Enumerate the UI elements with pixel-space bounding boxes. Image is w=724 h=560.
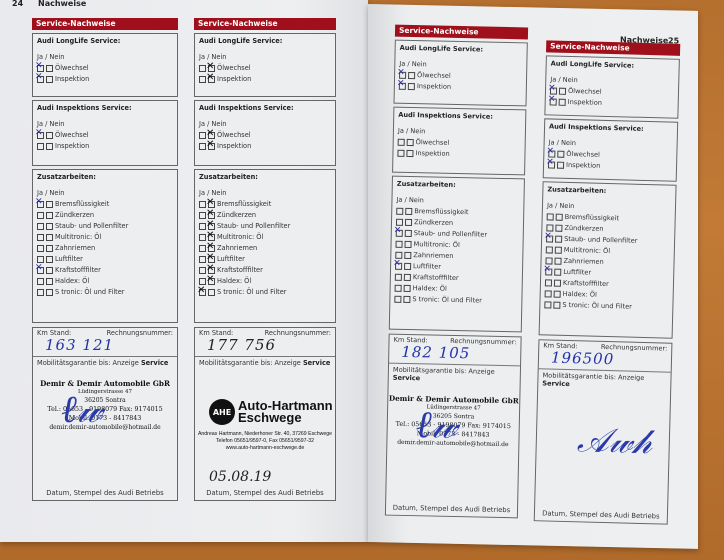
checkbox-ja[interactable] <box>37 76 44 83</box>
checkbox-ja[interactable] <box>395 262 402 269</box>
checkbox-nein[interactable] <box>46 267 53 274</box>
checkbox-ja[interactable] <box>37 278 44 285</box>
checkbox-ja[interactable] <box>199 201 206 208</box>
signature: ℓ𝓌 <box>415 402 458 448</box>
checkbox-nein[interactable] <box>405 229 412 236</box>
item-label: Multitronic: Öl <box>217 233 263 241</box>
stamp-email: demir.demir-automobile@hotmail.de <box>33 424 177 431</box>
checkbox-row: Inspektion <box>199 141 331 152</box>
checkbox-nein[interactable] <box>403 295 410 302</box>
datum-label: Datum, Stempel des Audi Betriebs <box>33 487 177 500</box>
checkbox-nein[interactable] <box>404 240 411 247</box>
longlife-section: Audi LongLife Service: Ja / Nein Ölwechs… <box>544 55 680 118</box>
section-title: Audi LongLife Service: <box>199 37 331 45</box>
checkbox-nein[interactable] <box>559 87 566 94</box>
stamp-name: Demir & Demir Automobile GbR <box>33 379 177 388</box>
ahe-logo-icon: AHE <box>209 399 235 425</box>
checkbox-nein[interactable] <box>407 138 414 145</box>
checkbox-ja[interactable] <box>397 149 404 156</box>
checkbox-row: Staub- und Pollenfilter <box>199 221 331 232</box>
stamp-line2: Telefon 05651/9597-0, Fax 05651/9597-32 <box>195 438 335 444</box>
checkbox-nein[interactable] <box>557 161 564 168</box>
item-label: S tronic: Öl und Filter <box>412 295 482 304</box>
item-label: Zündkerzen <box>414 218 453 227</box>
checkbox-row: S tronic: Öl und Filter <box>394 294 517 308</box>
checkbox-row: Inspektion <box>399 81 522 95</box>
item-label: Luftfilter <box>55 255 83 263</box>
item-label: Kraftstofffilter <box>413 273 459 282</box>
km-stamp-section: Km Stand: Rechnungsnummer: 182 105 Mobil… <box>385 334 522 519</box>
checkbox-ja[interactable] <box>199 256 206 263</box>
checkbox-nein[interactable] <box>208 65 215 72</box>
item-label: Inspektion <box>417 82 451 91</box>
longlife-section: Audi LongLife Service: Ja / Nein Ölwechs… <box>194 33 336 97</box>
item-label: Staub- und Pollenfilter <box>564 235 637 245</box>
item-label: S tronic: Öl und Filter <box>217 288 287 296</box>
checkbox-ja[interactable] <box>546 246 553 253</box>
checkbox-nein[interactable] <box>554 257 561 264</box>
item-label: Staub- und Pollenfilter <box>217 222 290 230</box>
item-label: Ölwechsel <box>566 150 600 159</box>
page-section-left: Nachweise <box>38 0 86 8</box>
item-label: Multitronic: Öl <box>564 246 610 255</box>
checkbox-nein[interactable] <box>46 256 53 263</box>
stamp-area: AHE Auto-HartmannEschwege Andreas Hartma… <box>195 369 335 487</box>
section-title: Audi Inspektions Service: <box>199 104 331 112</box>
checkbox-row: Multitronic: Öl <box>199 232 331 243</box>
item-label: Zahnriemen <box>217 244 257 252</box>
item-label: Multitronic: Öl <box>55 233 101 241</box>
checkbox-ja[interactable] <box>395 240 402 247</box>
checkbox-ja[interactable] <box>37 65 44 72</box>
checkbox-row: Inspektion <box>397 148 520 162</box>
checkbox-ja[interactable] <box>546 235 553 242</box>
item-label: Multitronic: Öl <box>413 240 459 249</box>
page-number-left: 24 <box>12 0 23 8</box>
km-stamp-section: Km Stand: Rechnungsnummer: 163 121 Mobil… <box>32 327 178 501</box>
item-label: Zahnriemen <box>413 251 453 260</box>
checkbox-row: Zündkerzen <box>199 210 331 221</box>
longlife-section: Audi LongLife Service: Ja / Nein Ölwechs… <box>394 40 528 107</box>
checkbox-nein[interactable] <box>208 132 215 139</box>
checkbox-nein[interactable] <box>46 234 53 241</box>
checkbox-nein[interactable] <box>405 207 412 214</box>
checkbox-nein[interactable] <box>208 289 215 296</box>
section-title: Audi Inspektions Service: <box>549 122 673 133</box>
checkbox-nein[interactable] <box>208 278 215 285</box>
item-label: Haldex: Öl <box>563 290 597 299</box>
checkbox-row: Ölwechsel <box>37 63 173 74</box>
checkbox-row: Ölwechsel <box>37 130 173 141</box>
checkbox-row: Zündkerzen <box>37 210 173 221</box>
item-label: Ölwechsel <box>55 64 89 72</box>
checkbox-ja[interactable] <box>199 234 206 241</box>
ja-nein-label: Ja / Nein <box>199 189 331 197</box>
section-title: Audi LongLife Service: <box>551 59 675 70</box>
item-label: Bremsflüssigkeit <box>565 213 619 222</box>
item-label: Luftfilter <box>413 262 441 271</box>
item-label: Zündkerzen <box>217 211 256 219</box>
checkbox-ja[interactable] <box>545 279 552 286</box>
checkbox-row: Kraftstofffilter <box>199 265 331 276</box>
ja-nein-label: Ja / Nein <box>37 120 173 128</box>
section-title: Audi LongLife Service: <box>37 37 173 45</box>
section-title: Zusatzarbeiten: <box>397 180 520 191</box>
checkbox-ja[interactable] <box>199 223 206 230</box>
item-label: S tronic: Öl und Filter <box>562 301 632 311</box>
item-label: Zündkerzen <box>55 211 94 219</box>
item-label: Ölwechsel <box>568 87 602 96</box>
ja-nein-label: Ja / Nein <box>37 189 173 197</box>
checkbox-nein[interactable] <box>408 82 415 89</box>
checkbox-ja[interactable] <box>396 229 403 236</box>
checkbox-nein[interactable] <box>554 279 561 286</box>
service-record-4: Service-Nachweise Audi LongLife Service:… <box>534 40 681 524</box>
checkbox-ja[interactable] <box>199 76 206 83</box>
checkbox-ja[interactable] <box>199 245 206 252</box>
checkbox-nein[interactable] <box>46 201 53 208</box>
checkbox-nein[interactable] <box>208 76 215 83</box>
section-title: Audi Inspektions Service: <box>398 111 521 122</box>
checkbox-row: Kraftstofffilter <box>37 265 173 276</box>
checkbox-nein[interactable] <box>46 278 53 285</box>
inspektion-section: Audi Inspektions Service: Ja / Nein Ölwe… <box>543 118 679 181</box>
item-label: Inspektion <box>415 149 449 158</box>
signature: ℓ𝓌 <box>61 387 103 432</box>
km-stand-value: 163 121 <box>45 336 114 354</box>
inspektion-section: Audi Inspektions Service: Ja / Nein Ölwe… <box>194 100 336 166</box>
stamp-area: Demir & Demir Automobile GbR Lüdingerstr… <box>386 384 519 505</box>
ja-nein-label: Ja / Nein <box>396 196 519 207</box>
ja-nein-label: Ja / Nein <box>398 127 521 138</box>
km-stand-value: 177 756 <box>207 336 276 354</box>
checkbox-nein[interactable] <box>555 246 562 253</box>
stamp-area: 𝒜𝓌𝒽 <box>535 389 670 510</box>
ja-nein-label: Ja / Nein <box>37 53 173 61</box>
item-label: Inspektion <box>566 161 600 170</box>
service-banner: Service-Nachweise <box>546 40 680 56</box>
inspektion-section: Audi Inspektions Service: Ja / Nein Ölwe… <box>32 100 178 166</box>
checkbox-nein[interactable] <box>559 98 566 105</box>
checkbox-nein[interactable] <box>553 301 560 308</box>
checkbox-nein[interactable] <box>555 235 562 242</box>
mobil-service: Service <box>303 359 330 367</box>
checkbox-nein[interactable] <box>208 201 215 208</box>
item-label: Inspektion <box>217 75 251 83</box>
checkbox-row: Inspektion <box>548 159 672 173</box>
checkbox-nein[interactable] <box>46 76 53 83</box>
checkbox-nein[interactable] <box>404 262 411 269</box>
item-label: Haldex: Öl <box>217 277 251 285</box>
longlife-section: Audi LongLife Service: Ja / Nein Ölwechs… <box>32 33 178 97</box>
km-stamp-section: Km Stand: Rechnungsnummer: 196500 Mobili… <box>534 339 673 524</box>
item-label: Ölwechsel <box>417 71 451 80</box>
item-label: Haldex: Öl <box>413 284 447 293</box>
checkbox-nein[interactable] <box>208 143 215 150</box>
checkbox-nein[interactable] <box>557 150 564 157</box>
zusatz-section: Zusatzarbeiten: Ja / Nein Bremsflüssigke… <box>389 176 525 333</box>
checkbox-ja[interactable] <box>37 143 44 150</box>
checkbox-ja[interactable] <box>199 289 206 296</box>
checkbox-nein[interactable] <box>406 149 413 156</box>
checkbox-nein[interactable] <box>46 289 53 296</box>
checkbox-ja[interactable] <box>550 98 557 105</box>
checkbox-ja[interactable] <box>547 213 554 220</box>
checkbox-ja[interactable] <box>37 289 44 296</box>
checkbox-nein[interactable] <box>46 65 53 72</box>
km-stand-value: 182 105 <box>401 343 470 362</box>
mobil-label: Mobilitätsgarantie bis: Anzeige <box>37 359 141 367</box>
datum-label: Datum, Stempel des Audi Betriebs <box>386 502 517 518</box>
checkbox-nein[interactable] <box>404 284 411 291</box>
item-label: Staub- und Pollenfilter <box>414 229 487 239</box>
stamp-tel: Tel.: 05653 - 9198079 Fax: 9174015 <box>33 406 177 413</box>
checkbox-ja[interactable] <box>199 212 206 219</box>
checkbox-row: Inspektion <box>37 141 173 152</box>
checkbox-ja[interactable] <box>37 201 44 208</box>
item-label: S tronic: Öl und Filter <box>55 288 125 296</box>
checkbox-row: Haldex: Öl <box>199 276 331 287</box>
stamp-web: www.auto-hartmann-eschwege.de <box>195 445 335 451</box>
checkbox-row: Inspektion <box>37 74 173 85</box>
ja-nein-label: Ja / Nein <box>399 60 522 71</box>
service-record-2: Service-Nachweise Audi LongLife Service:… <box>194 18 336 501</box>
mobil-service: Service <box>393 374 421 383</box>
checkbox-nein[interactable] <box>46 212 53 219</box>
checkbox-ja[interactable] <box>199 267 206 274</box>
stamp-line1: Andreas Hartmann, Niederhoner Str. 40, 3… <box>195 431 335 437</box>
item-label: Zahnriemen <box>55 244 95 252</box>
item-label: Kraftstofffilter <box>55 266 101 274</box>
section-title: Audi LongLife Service: <box>400 44 523 55</box>
checkbox-row: Inspektion <box>550 96 674 110</box>
checkbox-ja[interactable] <box>396 207 403 214</box>
checkbox-row: Bremsflüssigkeit <box>37 199 173 210</box>
section-title: Audi Inspektions Service: <box>37 104 173 112</box>
section-title: Zusatzarbeiten: <box>199 173 331 181</box>
checkbox-nein[interactable] <box>46 223 53 230</box>
mobil-label: Mobilitätsgarantie bis: Anzeige <box>199 359 303 367</box>
checkbox-ja[interactable] <box>394 295 401 302</box>
ja-nein-label: Ja / Nein <box>199 53 331 61</box>
checkbox-ja[interactable] <box>199 65 206 72</box>
item-label: Ölwechsel <box>217 131 251 139</box>
checkbox-ja[interactable] <box>37 245 44 252</box>
checkbox-nein[interactable] <box>405 218 412 225</box>
section-title: Zusatzarbeiten: <box>37 173 173 181</box>
checkbox-ja[interactable] <box>548 161 555 168</box>
checkbox-row: Luftfilter <box>199 254 331 265</box>
item-label: Ölwechsel <box>55 131 89 139</box>
checkbox-nein[interactable] <box>208 223 215 230</box>
item-label: Inspektion <box>55 142 89 150</box>
stamp-city: 36205 Sontra <box>33 397 177 404</box>
item-label: Bremsflüssigkeit <box>55 200 109 208</box>
km-stamp-section: Km Stand: Rechnungsnummer: 177 756 Mobil… <box>194 327 336 501</box>
zusatz-section: Zusatzarbeiten: Ja / Nein Bremsflüssigke… <box>539 181 677 338</box>
item-label: Ölwechsel <box>416 138 450 147</box>
service-banner: Service-Nachweise <box>395 25 528 40</box>
dealer-stamp: AHE Auto-HartmannEschwege <box>209 399 333 425</box>
checkbox-nein[interactable] <box>208 267 215 274</box>
zusatz-section: Zusatzarbeiten: Ja / Nein Bremsflüssigke… <box>194 169 336 323</box>
checkbox-row: Haldex: Öl <box>37 276 173 287</box>
checkbox-ja[interactable] <box>199 132 206 139</box>
item-label: Bremsflüssigkeit <box>217 200 271 208</box>
mobilitaet-line: Mobilitätsgarantie bis: Anzeige Service <box>389 364 520 387</box>
checkbox-ja[interactable] <box>37 212 44 219</box>
checkbox-nein[interactable] <box>46 245 53 252</box>
checkbox-ja[interactable] <box>545 290 552 297</box>
checkbox-row: Luftfilter <box>37 254 173 265</box>
item-label: Ölwechsel <box>217 64 251 72</box>
stamp-name2: Eschwege <box>238 412 333 424</box>
checkbox-ja[interactable] <box>199 143 206 150</box>
stamp-area: Demir & Demir Automobile GbR Lüdingerstr… <box>33 369 177 487</box>
checkbox-nein[interactable] <box>208 234 215 241</box>
stamp-mobil: Mobil: 0173 - 8417843 <box>33 415 177 422</box>
checkbox-ja[interactable] <box>199 278 206 285</box>
item-label: Inspektion <box>217 142 251 150</box>
stamp-street: Lüdingerstrasse 47 <box>33 389 177 395</box>
checkbox-row: Inspektion <box>199 74 331 85</box>
checkbox-ja[interactable] <box>37 223 44 230</box>
checkbox-ja[interactable] <box>37 234 44 241</box>
item-label: Kraftstofffilter <box>563 279 609 288</box>
checkbox-ja[interactable] <box>395 284 402 291</box>
service-record-3: Service-Nachweise Audi LongLife Service:… <box>385 25 528 519</box>
checkbox-ja[interactable] <box>37 132 44 139</box>
checkbox-nein[interactable] <box>404 251 411 258</box>
mobil-service: Service <box>542 379 570 388</box>
km-stand-value: 196500 <box>551 349 615 369</box>
datum-label: Datum, Stempel des Audi Betriebs <box>195 487 335 500</box>
inspektion-section: Audi Inspektions Service: Ja / Nein Ölwe… <box>392 107 526 176</box>
mobilitaet-line: Mobilitätsgarantie bis: Anzeige Service <box>33 357 177 369</box>
checkbox-nein[interactable] <box>208 245 215 252</box>
checkbox-nein[interactable] <box>404 273 411 280</box>
mobilitaet-line: Mobilitätsgarantie bis: Anzeige Service <box>195 357 335 369</box>
checkbox-nein[interactable] <box>208 212 215 219</box>
checkbox-ja[interactable] <box>545 268 552 275</box>
service-banner: Service-Nachweise <box>32 18 178 30</box>
checkbox-nein[interactable] <box>554 268 561 275</box>
checkbox-row: S tronic: Öl und Filter <box>37 287 173 298</box>
checkbox-ja[interactable] <box>395 273 402 280</box>
checkbox-ja[interactable] <box>398 138 405 145</box>
checkbox-row: Multitronic: Öl <box>37 232 173 243</box>
checkbox-row: S tronic: Öl und Filter <box>199 287 331 298</box>
mobil-service: Service <box>141 359 168 367</box>
checkbox-ja[interactable] <box>544 301 551 308</box>
service-banner: Service-Nachweise <box>194 18 336 30</box>
checkbox-nein[interactable] <box>46 143 53 150</box>
checkbox-ja[interactable] <box>37 256 44 263</box>
handwritten-date: 05.08.19 <box>209 469 271 485</box>
checkbox-ja[interactable] <box>37 267 44 274</box>
item-label: Staub- und Pollenfilter <box>55 222 128 230</box>
checkbox-row: S tronic: Öl und Filter <box>544 299 668 313</box>
item-label: Bremsflüssigkeit <box>414 207 468 216</box>
checkbox-nein[interactable] <box>556 213 563 220</box>
item-label: Zahnriemen <box>563 257 603 266</box>
item-label: Haldex: Öl <box>55 277 89 285</box>
ja-nein-label: Ja / Nein <box>199 120 331 128</box>
item-label: Zündkerzen <box>564 224 603 233</box>
checkbox-nein[interactable] <box>555 224 562 231</box>
checkbox-row: Ölwechsel <box>199 63 331 74</box>
item-label: Kraftstofffilter <box>217 266 263 274</box>
checkbox-row: Ölwechsel <box>199 130 331 141</box>
zusatz-section: Zusatzarbeiten: Ja / Nein Bremsflüssigke… <box>32 169 178 323</box>
service-record-1: Service-Nachweise Audi LongLife Service:… <box>32 18 178 501</box>
section-title: Zusatzarbeiten: <box>547 185 671 196</box>
checkbox-row: Zahnriemen <box>37 243 173 254</box>
checkbox-nein[interactable] <box>408 71 415 78</box>
checkbox-row: Bremsflüssigkeit <box>199 199 331 210</box>
signature: 𝒜𝓌𝒽 <box>576 420 652 462</box>
item-label: Luftfilter <box>217 255 245 263</box>
item-label: Inspektion <box>55 75 89 83</box>
checkbox-nein[interactable] <box>46 132 53 139</box>
checkbox-nein[interactable] <box>208 256 215 263</box>
item-label: Inspektion <box>568 98 602 107</box>
checkbox-row: Zahnriemen <box>199 243 331 254</box>
checkbox-ja[interactable] <box>399 82 406 89</box>
checkbox-row: Staub- und Pollenfilter <box>37 221 173 232</box>
item-label: Luftfilter <box>563 268 591 277</box>
rechnung-label: Rechnungsnummer: <box>107 329 173 355</box>
checkbox-nein[interactable] <box>554 290 561 297</box>
